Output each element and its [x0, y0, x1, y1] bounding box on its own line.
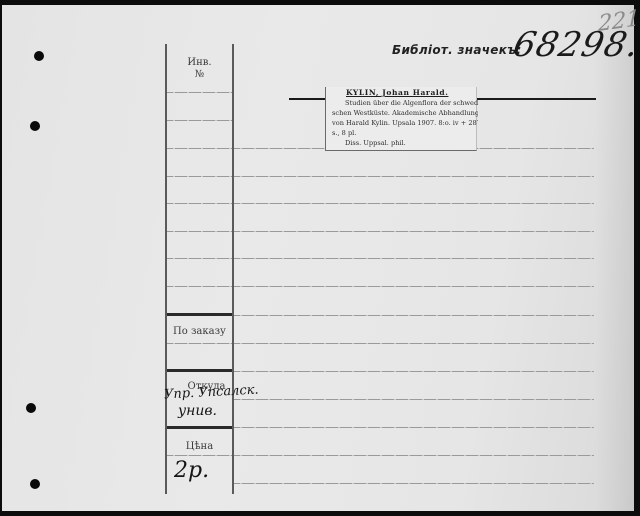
entry-rule: [234, 286, 594, 287]
left-rule: [167, 455, 232, 456]
left-rule: [167, 258, 232, 259]
by-order-divider: [167, 313, 232, 316]
clipping-line: Studien über die Algenflora der schwedi-: [332, 98, 478, 108]
left-rule: [167, 343, 232, 344]
punch-hole-1: [34, 51, 44, 61]
entry-rule: [234, 176, 594, 177]
inventory-label: Инв.: [167, 57, 232, 69]
entry-rule: [234, 258, 594, 259]
entry-rule: [234, 399, 594, 400]
entry-rule: [234, 315, 594, 316]
entry-rule: [234, 371, 594, 372]
page-shadow: [594, 5, 634, 511]
by-order-label: По заказу: [167, 326, 232, 338]
inventory-number-header: Инв. №: [167, 57, 232, 81]
left-rule: [167, 120, 232, 121]
clipping-line: von Harald Kylin. Upsala 1907. 8:o. iv +…: [332, 118, 478, 128]
entry-rule: [234, 455, 594, 456]
catalog-clipping: KYLIN, Johan Harald. Studien über die Al…: [325, 87, 477, 151]
punch-hole-4: [30, 479, 40, 489]
left-rule: [167, 176, 232, 177]
entry-rule: [234, 483, 594, 484]
clipping-body: Studien über die Algenflora der schwedi-…: [332, 98, 478, 148]
number-sign: №: [167, 69, 232, 81]
left-rule: [167, 148, 232, 149]
punch-hole-2: [30, 121, 40, 131]
punch-hole-3: [26, 403, 36, 413]
entry-rule: [234, 427, 594, 428]
entry-rule: [234, 231, 594, 232]
clipping-author: KYLIN, Johan Harald.: [346, 88, 448, 97]
clipping-line: s., 8 pl.: [332, 128, 478, 138]
left-rule: [167, 286, 232, 287]
clipping-line: schen Westküste. Akademische Abhandlung: [332, 108, 478, 118]
clipping-line: Diss. Uppsal. phil.: [332, 138, 478, 148]
source-handwritten-line2: унив.: [178, 403, 217, 419]
entry-rule: [234, 203, 594, 204]
left-rule: [167, 92, 232, 93]
left-rule: [167, 231, 232, 232]
catalog-card: Библіот. значекъ: 68298. 221 Инв. № По з…: [2, 5, 634, 511]
library-mark-label: Библіот. значекъ:: [392, 43, 522, 57]
left-rule: [167, 203, 232, 204]
entry-rule: [234, 343, 594, 344]
price-handwritten: 2р.: [174, 458, 209, 483]
price-label: Цѣна: [167, 441, 232, 453]
price-divider: [167, 426, 232, 429]
source-divider: [167, 369, 232, 372]
